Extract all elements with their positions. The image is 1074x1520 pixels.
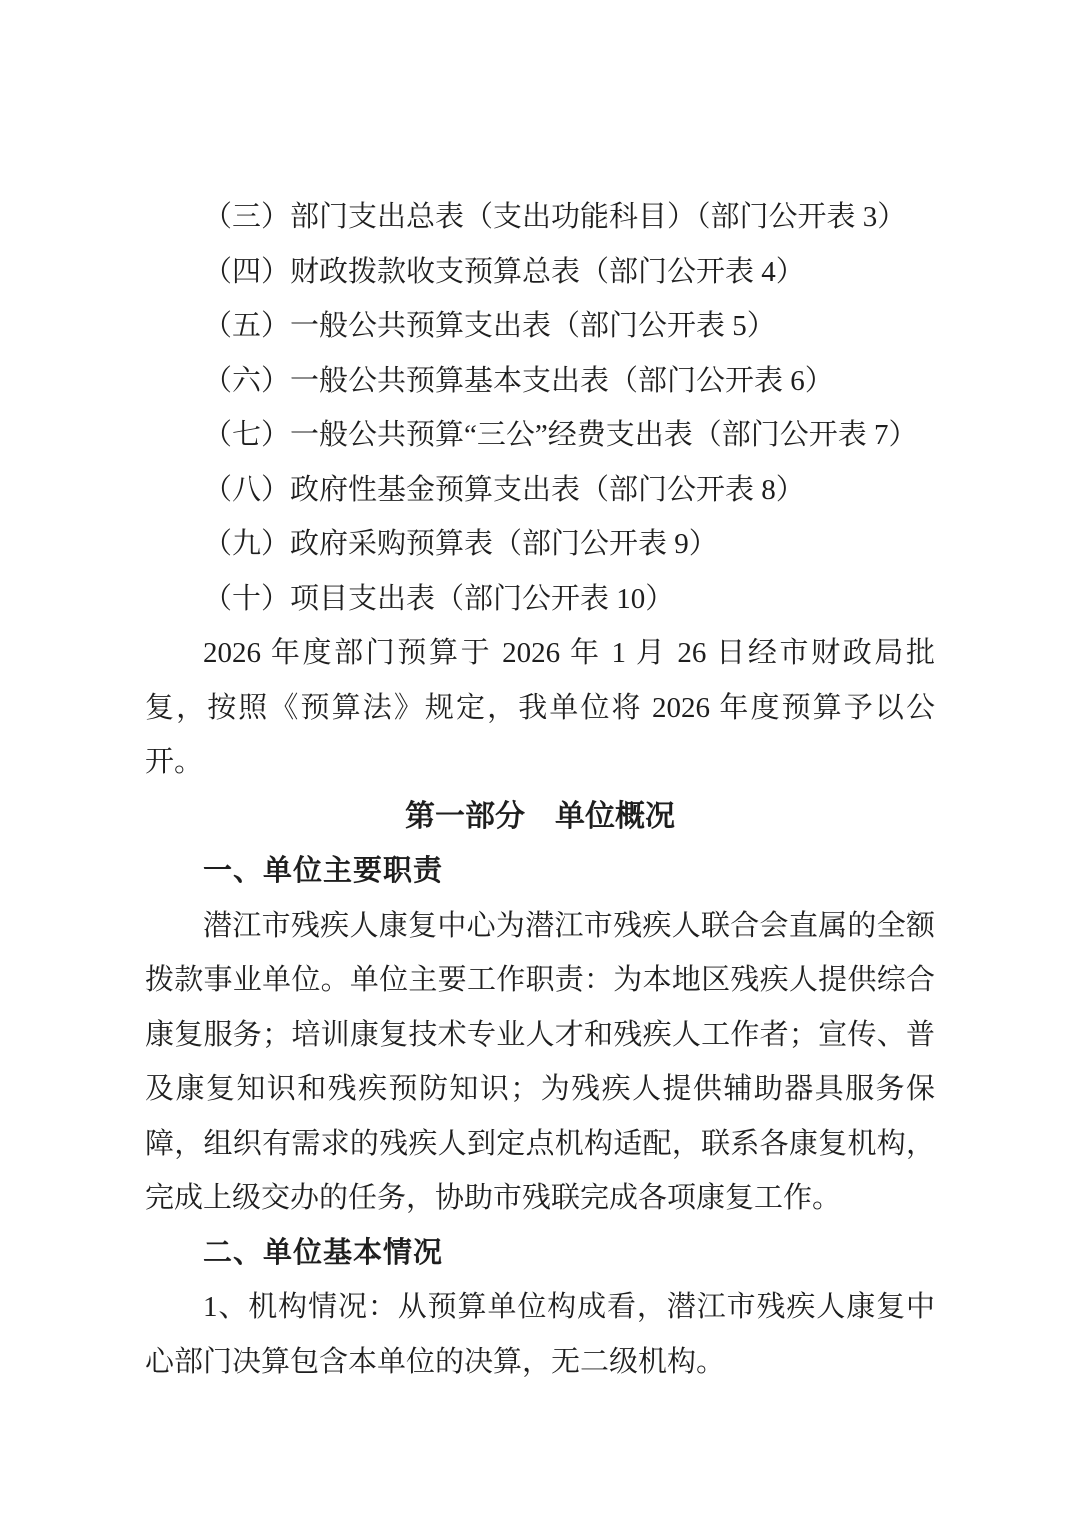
appendix-table-list: （三）部门支出总表（支出功能科目）（部门公开表 3） （四）财政拨款收支预算总表…	[145, 190, 935, 626]
intro-paragraph: 2026 年度部门预算于 2026 年 1 月 26 日经市财政局批复，按照《预…	[145, 626, 935, 790]
section-two-paragraph: 1、机构情况：从预算单位构成看，潜江市残疾人康复中心部门决算包含本单位的决算，无…	[145, 1280, 935, 1389]
table-list-item-7: （七）一般公共预算“三公”经费支出表（部门公开表 7）	[145, 408, 935, 463]
document-page: （三）部门支出总表（支出功能科目）（部门公开表 3） （四）财政拨款收支预算总表…	[0, 0, 1074, 1520]
section-one-heading: 一、单位主要职责	[145, 844, 935, 899]
table-list-item-3: （三）部门支出总表（支出功能科目）（部门公开表 3）	[145, 190, 935, 245]
table-list-item-5: （五）一般公共预算支出表（部门公开表 5）	[145, 299, 935, 354]
part-one-heading: 第一部分 单位概况	[145, 790, 935, 845]
section-two-heading: 二、单位基本情况	[145, 1226, 935, 1281]
table-list-item-8: （八）政府性基金预算支出表（部门公开表 8）	[145, 463, 935, 518]
table-list-item-4: （四）财政拨款收支预算总表（部门公开表 4）	[145, 245, 935, 300]
section-one-paragraph: 潜江市残疾人康复中心为潜江市残疾人联合会直属的全额拨款事业单位。单位主要工作职责…	[145, 899, 935, 1226]
table-list-item-10: （十）项目支出表（部门公开表 10）	[145, 572, 935, 627]
document-content: （三）部门支出总表（支出功能科目）（部门公开表 3） （四）财政拨款收支预算总表…	[145, 190, 935, 1389]
table-list-item-9: （九）政府采购预算表（部门公开表 9）	[145, 517, 935, 572]
table-list-item-6: （六）一般公共预算基本支出表（部门公开表 6）	[145, 354, 935, 409]
